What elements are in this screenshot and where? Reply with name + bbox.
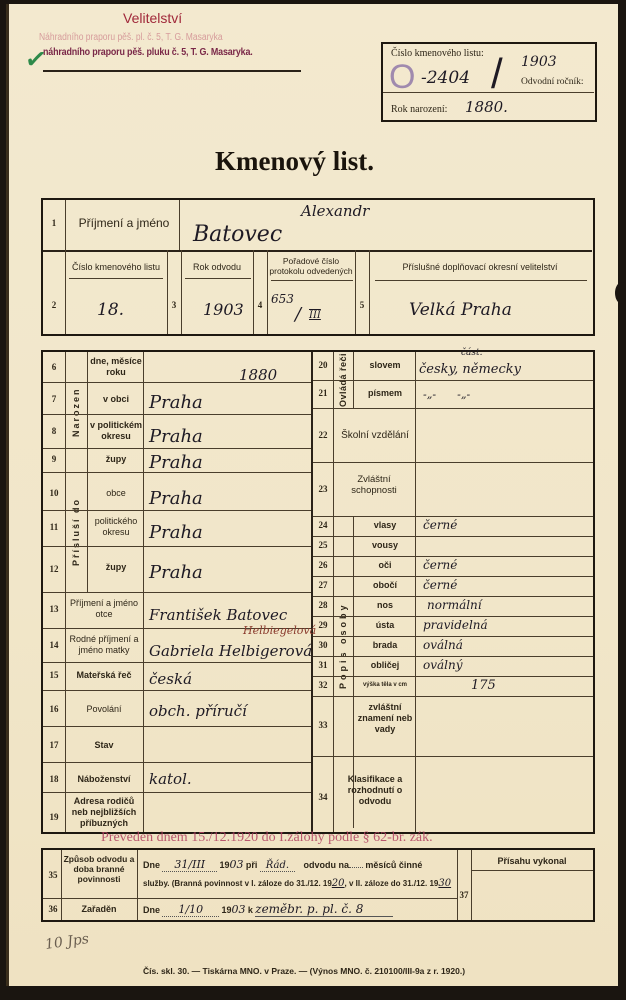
speech-label: slovem <box>355 360 415 371</box>
slash-divider: / <box>491 50 503 98</box>
surname: Batovec <box>193 222 282 247</box>
section-service: 35 Způsob odvodu a doba branné povinnost… <box>41 848 595 922</box>
face-label: obličej <box>355 660 415 671</box>
father-label: Příjmení a jméno otce <box>65 598 143 620</box>
divider <box>313 462 593 463</box>
father-value: František Batovec <box>149 606 287 624</box>
row-num: 20 <box>315 360 331 370</box>
divider <box>313 696 593 697</box>
row-num: 27 <box>315 580 331 590</box>
divider <box>253 250 254 334</box>
occupation-label: Povolání <box>65 704 143 715</box>
row-num: 23 <box>315 484 331 494</box>
id-box-divider <box>383 92 594 93</box>
footer-imprint: Čís. skl. 30. — Tiskárna MNO. v Praze. —… <box>143 966 465 976</box>
writing-label: písmem <box>355 388 415 399</box>
punch-hole <box>615 282 626 304</box>
divider <box>355 250 356 334</box>
height-label: výška těla v cm <box>355 682 415 689</box>
row-num: 17 <box>45 740 63 750</box>
domicile-town-label: obce <box>89 488 143 499</box>
row-num: 28 <box>315 600 331 610</box>
birth-district-value: Praha <box>149 426 203 447</box>
document-page: Velitelství Náhradního praporu pěš. pl. … <box>6 4 618 986</box>
divider <box>313 408 593 409</box>
eyebrows-value: černé <box>423 578 457 592</box>
divider <box>69 278 163 279</box>
pri-label: při <box>246 860 258 870</box>
mouth-value: pravidelná <box>423 618 488 632</box>
divider <box>271 280 353 281</box>
row-num: 33 <box>315 720 331 730</box>
dne-label: Dne <box>143 860 160 870</box>
divider <box>415 352 416 832</box>
row-num: 29 <box>315 620 331 630</box>
status-label: Stav <box>65 740 143 751</box>
divider <box>471 870 593 871</box>
row-num: 5 <box>357 300 367 310</box>
row-num: 25 <box>315 540 331 550</box>
poradove-cislo-label: Pořadové číslo protokolu odvedených <box>267 256 355 276</box>
velitelstvi-value: Velká Praha <box>409 300 512 320</box>
mother-tongue-label: Mateřská řeč <box>65 670 143 681</box>
birth-town-value: Praha <box>149 392 203 413</box>
classification-label: Klasifikace a rozhodnutí o odvodu <box>335 774 415 806</box>
row-num: 10 <box>45 488 63 498</box>
page-title: Kmenový list. <box>215 146 374 177</box>
face-value: oválný <box>423 658 463 672</box>
given-name: Alexandr <box>301 202 369 220</box>
divider <box>313 676 593 677</box>
divider <box>43 662 311 663</box>
center-divider <box>311 352 313 832</box>
writing-value: -„- -„- <box>423 388 470 401</box>
poradove-cislo-sub: III <box>309 310 321 321</box>
birth-county-label: župy <box>89 454 143 465</box>
abilities-label: Zvláštní schopnosti <box>343 474 405 497</box>
row-num: 12 <box>45 564 63 574</box>
dne-value: 1/10 <box>162 903 219 917</box>
assigned-label: Zařaděn <box>61 904 137 915</box>
section-personal: Narozen Přísluší do 6 dne, měsíce roku 1… <box>41 350 595 834</box>
group-prislusi: Přísluší do <box>67 472 85 592</box>
height-value: 175 <box>471 678 496 693</box>
eyes-label: oči <box>355 560 415 571</box>
divider <box>167 250 168 334</box>
divider <box>313 756 593 757</box>
row-num: 37 <box>457 890 471 900</box>
rocnik-label: Odvodní ročník: <box>521 77 584 88</box>
nose-value: normální <box>427 598 482 612</box>
chin-value: oválná <box>423 638 463 652</box>
birth-district-label: v politickém okresu <box>89 420 143 442</box>
cislo-listu-label: Číslo kmenového listu <box>65 262 167 273</box>
religion-value: katol. <box>149 770 192 788</box>
mother-correction: Helbiegelová <box>243 624 316 637</box>
row-num: 36 <box>45 904 61 914</box>
poradove-cislo-value: 653 <box>271 292 294 306</box>
eyebrows-label: obočí <box>355 580 415 591</box>
divider <box>43 792 311 793</box>
divider <box>179 200 180 250</box>
row-num: 19 <box>45 812 63 822</box>
row-num: 6 <box>45 362 63 372</box>
row-num: 26 <box>315 560 331 570</box>
parents-address-label: Adresa rodičů neb nejbližších příbuzných <box>65 796 143 828</box>
mother-label: Rodné příjmení a jméno matky <box>65 634 143 656</box>
beard-label: vousy <box>355 540 415 551</box>
row-num: 2 <box>47 300 61 310</box>
rok-odvodu-value: 1903 <box>203 300 244 319</box>
birth-date-label: dne, měsíce roku <box>89 356 143 378</box>
group-popis: Popis osoby <box>335 516 351 776</box>
cislo-listu-value: 18. <box>97 300 124 320</box>
row-num: 22 <box>315 430 331 440</box>
id-box: Číslo kmenového listu: O -2404 / 1903 Od… <box>381 42 597 122</box>
mother-tongue-value: česká <box>149 670 192 688</box>
row-num: 11 <box>45 522 63 532</box>
divider <box>313 516 593 517</box>
birth-county-value: Praha <box>149 452 203 473</box>
stamp-line: náhradního praporu pěš. pluku č. 5, T. G… <box>43 46 253 58</box>
divider <box>137 850 138 920</box>
domicile-district-value: Praha <box>149 522 203 543</box>
chin-label: brada <box>355 640 415 651</box>
dne-label: Dne <box>143 905 160 915</box>
divider <box>313 380 593 381</box>
row-num: 35 <box>45 870 61 880</box>
speech-note: část. <box>461 348 483 358</box>
divider <box>65 200 66 250</box>
row-num: 9 <box>45 454 63 464</box>
divider <box>313 556 593 557</box>
divider <box>185 278 251 279</box>
row35-line2: služby. (Branná povinnost v I. záloze do… <box>143 878 451 889</box>
row-num: 31 <box>315 660 331 670</box>
year-value: 03 <box>231 903 245 916</box>
divider <box>43 250 592 252</box>
occupation-value: obch. příručí <box>149 702 247 720</box>
pri-value: Řád. <box>260 860 295 872</box>
divider <box>43 592 311 593</box>
nose-label: nos <box>355 600 415 611</box>
transfer-stamp: Preveden dnem 15./12.1920 do I.zálohy po… <box>101 830 433 846</box>
stamp-line-faint: Náhradního praporu pěš. pl. č. 5, T. G. … <box>39 32 223 43</box>
year-prefix: 19 <box>220 860 230 870</box>
row-num: 34 <box>315 792 331 802</box>
row-num: 3 <box>169 300 179 310</box>
row-num: 30 <box>315 640 331 650</box>
divider <box>43 690 311 691</box>
year-value: 03 <box>230 858 244 871</box>
stamp-underline <box>43 70 301 72</box>
speech-value: česky, německy <box>419 362 521 377</box>
domicile-district-label: politického okresu <box>89 516 143 538</box>
domicile-town-value: Praha <box>149 488 203 509</box>
divider <box>43 448 311 449</box>
mesicu-label: měsíců činné <box>365 860 422 870</box>
row-num: 8 <box>45 426 63 436</box>
rok-odvodu-label: Rok odvodu <box>181 262 253 273</box>
k-value: zeměbr. p. pl. č. 8 <box>255 902 393 917</box>
zaloha-text: služby. (Branná povinnost v I. záloze do… <box>143 879 332 888</box>
oath-label: Přísahu vykonal <box>471 856 593 867</box>
rok-label: Rok narození: <box>391 104 447 116</box>
divider <box>43 898 457 899</box>
eyes-value: černé <box>423 558 457 572</box>
divider <box>333 352 334 832</box>
year-prefix: 19 <box>221 905 231 915</box>
row-num: 14 <box>45 640 63 650</box>
education-label: Školní vzdělání <box>335 430 415 442</box>
birth-date-value: 1880 <box>239 366 277 384</box>
margin-note: 10 Jps <box>44 931 90 953</box>
divider <box>313 636 593 637</box>
religion-label: Náboženství <box>65 774 143 785</box>
stamp-title: Velitelství <box>123 10 182 26</box>
divider <box>43 726 311 727</box>
birth-town-label: v obci <box>89 394 143 405</box>
divider <box>313 576 593 577</box>
section-identity: 1 Příjmení a jméno Alexandr Batovec 2 Čí… <box>41 198 595 336</box>
row-num: 16 <box>45 704 63 714</box>
hair-value: černé <box>423 518 457 532</box>
divider <box>43 414 311 415</box>
dne-value: 31/III <box>162 858 217 872</box>
rok-value: 1880. <box>465 98 508 116</box>
divider <box>457 850 458 920</box>
row-num: 18 <box>45 774 63 784</box>
zaloha1-value: 20 <box>332 878 345 889</box>
row-num: 24 <box>315 520 331 530</box>
row-num: 13 <box>45 604 63 614</box>
row-num: 15 <box>45 670 63 680</box>
mother-value: Gabriela Helbigerová <box>149 642 312 660</box>
zaloha-mid: , v II. záloze do 31./12. 19 <box>345 879 439 888</box>
odvodu-label: odvodu na <box>303 860 349 870</box>
conscription-label: Způsob odvodu a doba branné povinnosti <box>61 854 137 885</box>
row-num: 4 <box>255 300 265 310</box>
zaloha2-value: 30 <box>438 878 451 889</box>
divider <box>313 656 593 657</box>
slash: / <box>295 304 301 325</box>
k-label: k <box>248 905 253 915</box>
velitelstvi-label: Příslušné doplňovací okresní velitelství <box>369 262 591 273</box>
rocnik-value: 1903 <box>521 54 557 70</box>
row-num: 7 <box>45 394 63 404</box>
divider <box>313 596 593 597</box>
cislo-value: -2404 <box>421 68 470 88</box>
domicile-county-value: Praha <box>149 562 203 583</box>
group-narozen: Narozen <box>67 352 85 472</box>
divider <box>313 616 593 617</box>
divider <box>43 546 311 547</box>
divider <box>43 510 311 511</box>
divider <box>375 280 587 281</box>
name-label: Příjmení a jméno <box>69 216 179 230</box>
row-num: 21 <box>315 388 331 398</box>
divider <box>43 762 311 763</box>
row35-line1: Dne 31/III 1903 při Řád. odvodu na měsíc… <box>143 858 422 871</box>
row-num: 1 <box>47 218 61 228</box>
divider <box>313 536 593 537</box>
row36-line: Dne 1/10 1903 k zeměbr. p. pl. č. 8 <box>143 902 393 916</box>
hair-label: vlasy <box>355 520 415 531</box>
row-num: 32 <box>315 680 331 690</box>
domicile-county-label: župy <box>89 562 143 573</box>
marks-label: zvláštní znamení neb vady <box>355 702 415 734</box>
mouth-label: ústa <box>355 620 415 631</box>
